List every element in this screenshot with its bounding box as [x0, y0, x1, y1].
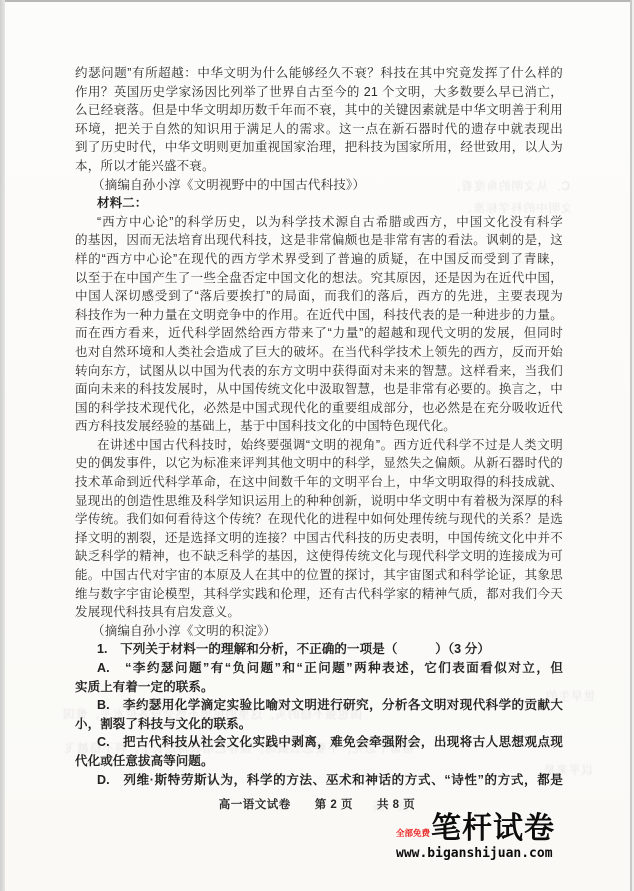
watermark-brand-row: 全部免费 笔杆试卷	[396, 812, 596, 846]
watermark-brand: 笔杆试卷	[431, 812, 555, 846]
text-line: 显现出的创造性思维及科学知识运用上的种种创新，说明中华文明中有着极为深厚的科	[75, 492, 563, 511]
text-line: A. “李约瑟问题”有“负问题”和“正问题”两种表述，它们表面看似对立，但	[75, 659, 563, 678]
text-line: D. 列维·斯特劳斯认为，科学的方法、巫术和神话的方式、“诗性”的方式，都是	[75, 771, 563, 790]
text-line: C. 把古代科技从社会文化实践中剥离，难免会牵强附会，出现将古人思想观点现	[75, 733, 563, 752]
text-line: 的基因，因而无法培育出现代科技，这是非常偏颇也是非常有害的看法。讽刺的是，这	[75, 231, 563, 250]
text-line: 能。中国古代对宇宙的本原及人在其中的位置的探讨，其宇宙图式和科学论证，其象思	[75, 566, 563, 585]
text-line: 约瑟问题”有所超越：中华文明为什么能够经久不衰？科技在其中究竟发挥了什么样的	[75, 64, 563, 83]
text-line: “西方中心论”的科学历史，以为科学技术源自古希腊或西方，中国文化没有科学	[75, 213, 563, 232]
text-line: B. 李约瑟用化学滴定实验比喻对文明进行研究，分析各文明对现代科学的贡献大	[75, 696, 563, 715]
text-line: 样的“西方中心论”在现代的西方学术界受到了普遍的质疑，在中国反而受到了青睐，	[75, 250, 563, 269]
text-line: 材料二：	[75, 194, 563, 213]
text-line: 学传统。我们如何看待这个传统？在现代化的进程中如何处理传统与现代的关系？是选	[75, 510, 563, 529]
text-line: 择文明的割裂，还是选择文明的连接？中国古代科技的历史表明，中国传统文化中并不	[75, 529, 563, 548]
text-line: 国的科学技术现代化，必然是中国式现代化的重要组成部分，也必然是在充分吸收近代	[75, 399, 563, 418]
text-line: 代化或任意拔高等问题。	[75, 752, 563, 771]
text-line: 转向东方，试图从以中国为代表的东方文明中获得面对未来的智慧。这样看来，当我们	[75, 362, 563, 381]
exam-text-column: 约瑟问题”有所超越：中华文明为什么能够经久不衰？科技在其中究竟发挥了什么样的作用…	[75, 64, 563, 789]
text-line: 到了历史时代，中华文明则更加重视国家治理，把科技为国家所用，经世致用，以人为	[75, 138, 563, 157]
text-line: 以至于在中国产生了一些全盘否定中国文化的想法。究其原因，还是因为在近代中国，	[75, 269, 563, 288]
text-line: （摘编自孙小淳《文明的积淀》）	[75, 622, 563, 641]
text-line: 缺乏科学的精神，也不缺乏科学的基因，这使得传统文化与现代科学文明的连接成为可	[75, 547, 563, 566]
text-line: 维与数字宇宙论模型，其科学实践和伦理，还有古代科学家的精神气质，都对我们今天	[75, 585, 563, 604]
page-footer: 高一语文试卷 第 2 页 共 8 页	[0, 796, 634, 812]
text-line: 科技作为一种力量在文明竞争中的作用。在近代中国，科技代表的是一种进步的力量。	[75, 306, 563, 325]
watermark: 全部免费 笔杆试卷 www.biganshijuan.com	[396, 812, 596, 861]
text-line: 发展现代科技具有启发意义。	[75, 603, 563, 622]
scanned-exam-page: C．从文明的角度看，文明中的科学标准。黑上三国也强不稳的头，这里的民黑不然会设各…	[0, 0, 634, 891]
text-line: 而在西方看来，近代科学固然给西方带来了“力量”的超越和现代文明的发展，但同时	[75, 324, 563, 343]
scan-edge-top	[0, 0, 634, 2]
text-line: 1. 下列关于材料一的理解和分析，不正确的一项是（ ）（3 分）	[75, 640, 563, 659]
scan-edge-left	[0, 0, 5, 891]
text-line: 面向未来的科技发展时，从中国传统文化中汲取智慧，也是非常有必要的。换言之，中	[75, 380, 563, 399]
text-line: 西方科技发展经验的基础上，基于中国科技文化的中国特色现代化。	[75, 417, 563, 436]
text-line: 么已经衰落。但是中华文明却历数千年而不衰，其中的关键因素就是中华文明善于利用	[75, 101, 563, 120]
text-line: 作用？英国历史学家汤因比列举了世界自古至今的 21 个文明，大多数要么早已消亡，…	[75, 83, 563, 102]
text-line: 环境，把关于自然的知识用于满足人的需求。这一点在新石器时代的遗存中就表现出来。	[75, 120, 563, 139]
text-line: 也对自然环境和人类社会造成了巨大的破坏。在当代科学技术上领先的西方，反而开始	[75, 343, 563, 362]
text-line: 实质上有着一定的联系。	[75, 678, 563, 697]
text-line: 在讲述中国古代科技时，始终要强调“文明的视角”。西方近代科学不过是人类文明	[75, 436, 563, 455]
watermark-free-label: 全部免费	[396, 827, 430, 839]
text-line: 小，割裂了科技与文化的联系。	[75, 715, 563, 734]
text-line: 本，所以才能兴盛不衰。	[75, 157, 563, 176]
text-line: 中国人深切感受到了“落后要挨打”的局面，而我们的落后，西方的先进，主要表现为	[75, 287, 563, 306]
watermark-url: www.biganshijuan.com	[396, 846, 596, 861]
text-line: （摘编自孙小淳《文明视野中的中国古代科技》）	[75, 176, 563, 195]
text-line: 技术革命到近代科学革命，在这中间数千年的文明平台上，中华文明取得的科技成就、	[75, 473, 563, 492]
text-line: 史的偶发事件，以它为标准来评判其他文明中的科学，显然失之偏颇。从新石器时代的	[75, 454, 563, 473]
